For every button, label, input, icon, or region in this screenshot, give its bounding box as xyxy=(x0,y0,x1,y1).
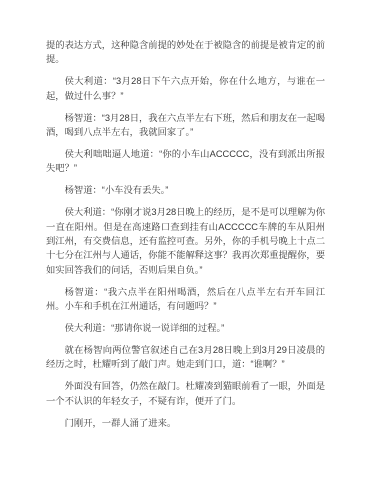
paragraph: 侯大利道：“你刚才说3月28日晚上的经历，是不是可以理解为你一直在阳州。但是在高… xyxy=(46,205,325,277)
paragraph: 杨智道：“小车没有丢失。” xyxy=(46,183,325,197)
reader-text-content: 提的表达方式，这种隐含前提的妙处在于被隐含的前提是被肯定的前提。侯大利道：“3月… xyxy=(46,38,325,430)
paragraph: 侯大利咄咄逼人地道：“你的小车山ACCCCC，没有到派出所报失吧？” xyxy=(46,147,325,176)
paragraph: 门刚开，一群人涌了进来。 xyxy=(46,416,325,430)
paragraph: 外面没有回答，仍然在敲门。杜耀凑到猫眼前看了一眼，外面是一个不认识的年轻女子，不… xyxy=(46,379,325,408)
paragraph: 就在杨智向两位警官叙述自己在3月28日晚上到3月29日凌晨的经历之时，杜耀听到了… xyxy=(46,343,325,372)
paragraph: 提的表达方式，这种隐含前提的妙处在于被隐含的前提是被肯定的前提。 xyxy=(46,38,325,67)
paragraph: 杨智道：“我六点半在阳州喝酒，然后在八点半左右开车回江州。小车和手机在江州通话，… xyxy=(46,285,325,314)
ebook-page: 提的表达方式，这种隐含前提的妙处在于被隐含的前提是被肯定的前提。侯大利道：“3月… xyxy=(0,0,370,480)
paragraph: 杨智道：“3月28日，我在六点半左右下班，然后和朋友在一起喝酒，喝到八点半左右，… xyxy=(46,111,325,140)
paragraph: 侯大利道：“3月28日下午六点开始，你在什么地方，与谁在一起，做过什么事？” xyxy=(46,74,325,103)
paragraph: 侯大利道：“那请你说一说详细的过程。” xyxy=(46,321,325,335)
